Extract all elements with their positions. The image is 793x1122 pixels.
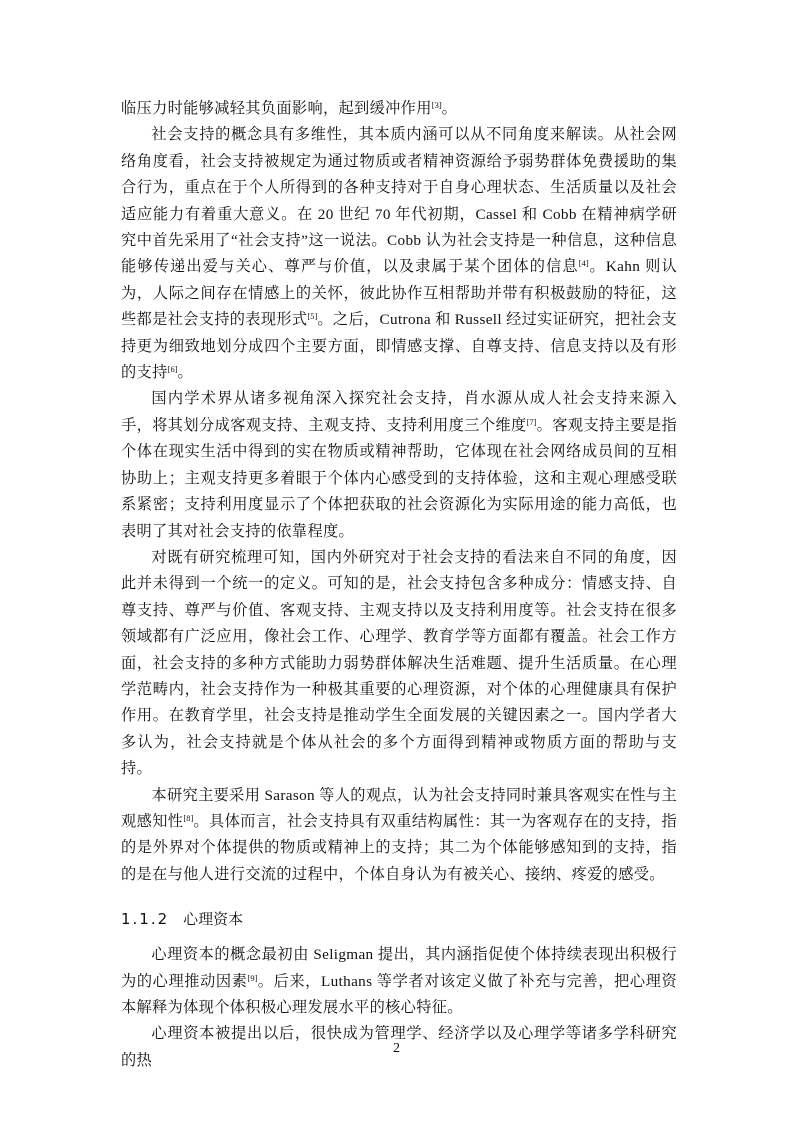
body-paragraph: 社会支持的概念具有多维性，其本质内涵可以从不同角度来解读。从社会网络角度看，社会…: [121, 122, 677, 386]
section-heading: 1.1.2心理资本: [121, 906, 677, 932]
citation-marker: [6]: [168, 364, 178, 374]
citation-marker: [3]: [432, 100, 442, 110]
page-number: 2: [0, 1040, 793, 1058]
document-page: 临压力时能够减轻其负面影响，起到缓冲作用[3]。社会支持的概念具有多维性，其本质…: [121, 96, 677, 1074]
paragraph-text: 。具体而言，社会支持具有双重结构属性：其一为客观存在的支持，指的是外界对个体提供…: [121, 813, 677, 883]
citation-marker: [5]: [307, 311, 317, 321]
paragraph-text: 对既有研究梳理可知，国内外研究对于社会支持的看法来自不同的角度，因此并未得到一个…: [121, 549, 677, 777]
body-paragraph: 心理资本的概念最初由 Seligman 提出，其内涵指促使个体持续表现出积极行为…: [121, 942, 677, 1021]
body-paragraph: 本研究主要采用 Sarason 等人的观点，认为社会支持同时兼具客观实在性与主观…: [121, 783, 677, 889]
body-paragraph: 国内学术界从诸多视角深入探究社会支持，肖水源从成人社会支持来源入手，将其划分成客…: [121, 386, 677, 544]
body-paragraph: 临压力时能够减轻其负面影响，起到缓冲作用[3]。: [121, 96, 677, 122]
paragraph-text: 。: [178, 364, 194, 381]
paragraph-text: 临压力时能够减轻其负面影响，起到缓冲作用: [121, 100, 432, 117]
citation-marker: [7]: [527, 417, 537, 427]
paragraph-text: 。: [442, 100, 458, 117]
section-title: 心理资本: [183, 910, 243, 928]
paragraph-text: 。客观支持主要是指个体在现实生活中得到的实在物质或精神帮助，它体现在社会网络成员…: [121, 417, 677, 540]
paragraph-text: 社会支持的概念具有多维性，其本质内涵可以从不同角度来解读。从社会网络角度看，社会…: [121, 126, 677, 275]
section-number: 1.1.2: [121, 910, 169, 928]
citation-marker: [4]: [579, 258, 589, 268]
body-section-social-support: 临压力时能够减轻其负面影响，起到缓冲作用[3]。社会支持的概念具有多维性，其本质…: [121, 96, 677, 888]
citation-marker: [9]: [248, 973, 258, 983]
body-paragraph: 对既有研究梳理可知，国内外研究对于社会支持的看法来自不同的角度，因此并未得到一个…: [121, 545, 677, 783]
citation-marker: [8]: [183, 813, 193, 823]
